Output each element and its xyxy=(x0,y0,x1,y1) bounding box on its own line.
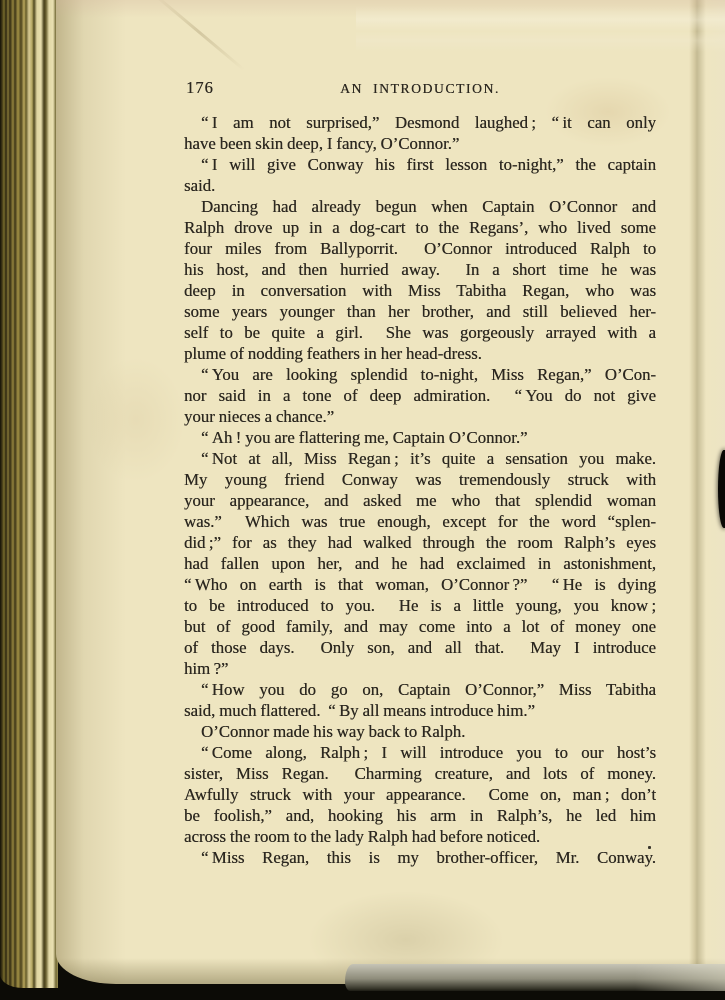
text-line: said. xyxy=(184,175,656,196)
page-number: 176 xyxy=(186,78,214,98)
paper-sheen xyxy=(356,6,725,52)
text-line: but of good family, and may come into a … xyxy=(184,616,656,637)
text-line: “ Who on earth is that woman, O’Connor ?… xyxy=(184,574,656,595)
text-line: “ I will give Conway his first lesson to… xyxy=(184,154,656,175)
text-line: self to be quite a girl. She was gorgeou… xyxy=(184,322,656,343)
text-line: to be introduced to you. He is a little … xyxy=(184,595,656,616)
page-text: “ I am not surprised,” Desmond laughed ;… xyxy=(184,112,656,868)
text-line: some years younger than her brother, and… xyxy=(184,301,656,322)
text-line: “ Not at all, Miss Regan ; it’s quite a … xyxy=(184,448,656,469)
text-line: O’Connor made his way back to Ralph. xyxy=(184,721,656,742)
text-line: “ I am not surprised,” Desmond laughed ;… xyxy=(184,112,656,133)
ink-speck xyxy=(648,846,651,849)
text-line: his host, and then hurried away. In a sh… xyxy=(184,259,656,280)
text-line: “ How you do go on, Captain O’Connor,” M… xyxy=(184,679,656,700)
text-line: Dancing had already begun when Captain O… xyxy=(184,196,656,217)
text-line: Awfully struck with your appearance. Com… xyxy=(184,784,656,805)
page-header: 176 AN INTRODUCTION. xyxy=(184,78,656,100)
text-line: him ?” xyxy=(184,658,656,679)
open-book-photo: 176 AN INTRODUCTION. “ I am not surprise… xyxy=(0,0,725,1000)
text-line: nor said in a tone of deep admiration. “… xyxy=(184,385,656,406)
book-page: 176 AN INTRODUCTION. “ I am not surprise… xyxy=(56,0,725,984)
text-line: said, much flattered. “ By all means int… xyxy=(184,700,656,721)
text-line: “ Come along, Ralph ; I will introduce y… xyxy=(184,742,656,763)
text-line: four miles from Ballyporrit. O’Connor in… xyxy=(184,238,656,259)
text-line: was.” Which was true enough, except for … xyxy=(184,511,656,532)
text-line: have been skin deep, I fancy, O’Connor.” xyxy=(184,133,656,154)
text-line: “ Ah ! you are flattering me, Captain O’… xyxy=(184,427,656,448)
paper-crease xyxy=(154,0,245,71)
text-line: your nieces a chance.” xyxy=(184,406,656,427)
text-line: Ralph drove up in a dog-cart to the Rega… xyxy=(184,217,656,238)
text-line: “ Miss Regan, this is my brother-officer… xyxy=(184,847,656,868)
text-line: did ;” for as they had walked through th… xyxy=(184,532,656,553)
text-line: deep in conversation with Miss Tabitha R… xyxy=(184,280,656,301)
text-line: had fallen upon her, and he had exclaime… xyxy=(184,553,656,574)
text-line: your appearance, and asked me who that s… xyxy=(184,490,656,511)
text-line: My young friend Conway was tremendously … xyxy=(184,469,656,490)
page-edges-binding xyxy=(0,0,58,988)
under-page-edge xyxy=(345,964,725,991)
background-gap xyxy=(718,450,725,528)
text-line: plume of nodding feathers in her head-dr… xyxy=(184,343,656,364)
running-title: AN INTRODUCTION. xyxy=(340,81,500,97)
text-line: be foolish,” and, hooking his arm in Ral… xyxy=(184,805,656,826)
text-line: of those days. Only son, and all that. M… xyxy=(184,637,656,658)
text-line: sister, Miss Regan. Charming creature, a… xyxy=(184,763,656,784)
text-line: across the room to the lady Ralph had be… xyxy=(184,826,656,847)
text-line: “ You are looking splendid to-night, Mis… xyxy=(184,364,656,385)
